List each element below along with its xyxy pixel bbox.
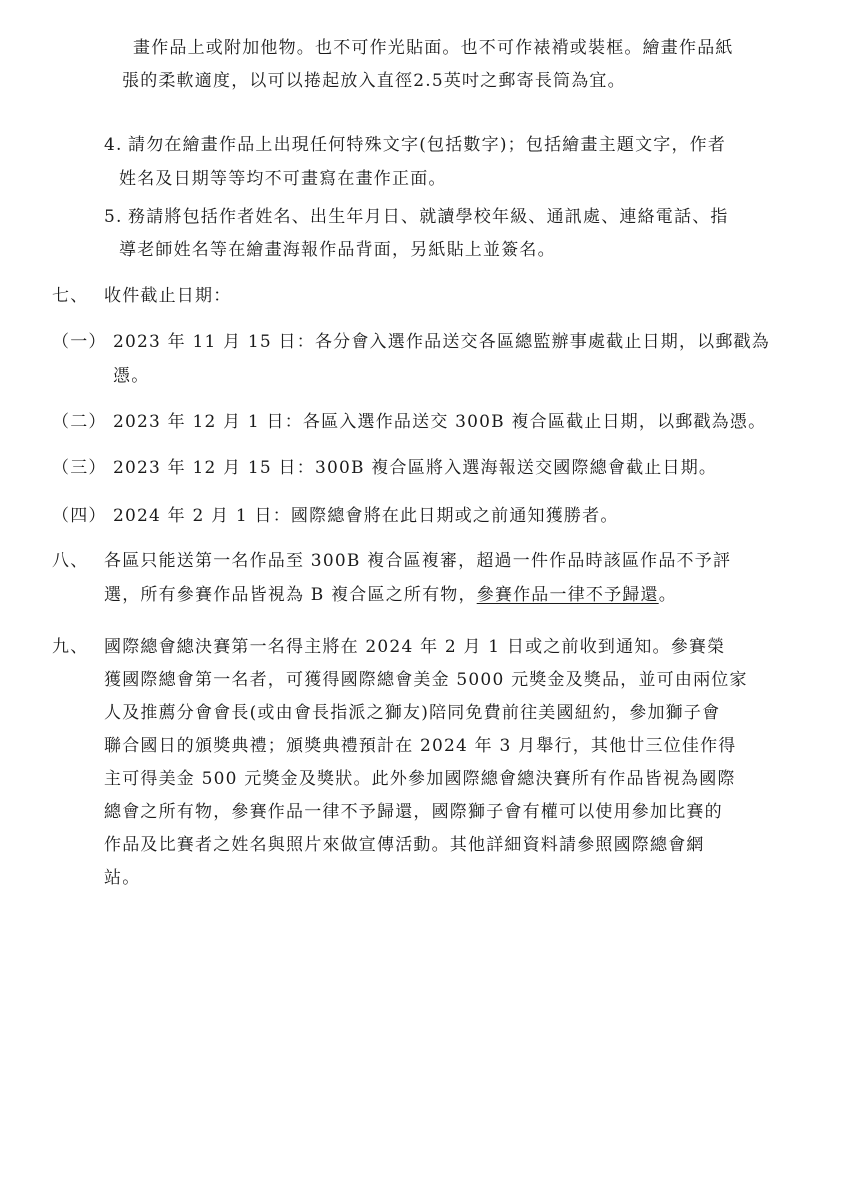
section-9-line-6: 總會之所有物，參賽作品一律不予歸還，國際獅子會有權可以使用參加比賽的	[104, 800, 723, 824]
list-item-4-line-2: 姓名及日期等等均不可畫寫在畫作正面。	[119, 167, 447, 191]
section-8-line-2-text: 選，所有參賽作品皆視為 B 複合區之所有物，	[104, 585, 477, 605]
list-item-5-line-2: 導老師姓名等在繪畫海報作品背面，另紙貼上並簽名。	[119, 238, 556, 262]
deadline-3-line-1: 2023 年 12 月 15 日：300B 複合區將入選海報送交國際總會截止日期…	[113, 456, 717, 480]
section-8-underlined-text: 參賽作品一律不予歸還	[477, 585, 659, 605]
deadline-2-number: （二）	[52, 410, 107, 434]
section-8-line-2: 選，所有參賽作品皆視為 B 複合區之所有物，參賽作品一律不予歸還。	[104, 583, 677, 607]
list-item-5-number: 5.	[104, 205, 123, 229]
deadline-1-line-1: 2023 年 11 月 15 日：各分會入選作品送交各區總監辦事處截止日期，以郵…	[113, 330, 770, 354]
section-8-line-1: 各區只能送第一名作品至 300B 複合區複審，超過一件作品時該區作品不予評	[104, 549, 731, 573]
section-9-line-5: 主可得美金 500 元獎金及獎狀。此外參加國際總會總決賽所有作品皆視為國際	[104, 767, 736, 791]
section-9-line-7: 作品及比賽者之姓名與照片來做宣傳活動。其他詳細資料請參照國際總會網	[104, 833, 705, 857]
deadline-1-line-2: 憑。	[113, 364, 149, 388]
section-9-line-1: 國際總會總決賽第一名得主將在 2024 年 2 月 1 日或之前收到通知。參賽榮	[104, 635, 725, 659]
deadline-4-line-1: 2024 年 2 月 1 日：國際總會將在此日期或之前通知獲勝者。	[113, 504, 619, 528]
list-item-4-line-1: 請勿在繪畫作品上出現任何特殊文字(包括數字)；包括繪畫主題文字，作者	[128, 133, 726, 157]
section-8-number: 八、	[52, 549, 88, 573]
section-9-line-4: 聯合國日的頒獎典禮；頒獎典禮預計在 2024 年 3 月舉行，其他廿三位佳作得	[104, 734, 737, 758]
section-9-line-3: 人及推薦分會會長(或由會長指派之獅友)陪同免費前往美國紐約，參加獅子會	[104, 701, 720, 725]
deadline-4-number: （四）	[52, 504, 107, 528]
deadline-3-number: （三）	[52, 456, 107, 480]
section-7-number: 七、	[52, 284, 88, 308]
section-9-line-8: 站。	[104, 866, 140, 890]
continued-text-line-2: 張的柔軟適度，以可以捲起放入直徑2.5英吋之郵寄長筒為宜。	[122, 69, 626, 93]
section-8-line-2-end: 。	[659, 585, 677, 605]
deadline-1-number: （一）	[52, 330, 107, 354]
section-9-number: 九、	[52, 635, 88, 659]
section-7-title: 收件截止日期：	[104, 284, 231, 308]
continued-text-line-1: 畫作品上或附加他物。也不可作光貼面。也不可作裱褙或裝框。繪畫作品紙	[133, 36, 734, 60]
list-item-5-line-1: 務請將包括作者姓名、出生年月日、就讀學校年級、通訊處、連絡電話、指	[128, 205, 729, 229]
deadline-2-line-1: 2023 年 12 月 1 日：各區入選作品送交 300B 複合區截止日期，以郵…	[113, 410, 766, 434]
list-item-4-number: 4.	[104, 133, 123, 157]
section-9-line-2: 獲國際總會第一名者，可獲得國際總會美金 5000 元獎金及獎品，並可由兩位家	[104, 668, 748, 692]
